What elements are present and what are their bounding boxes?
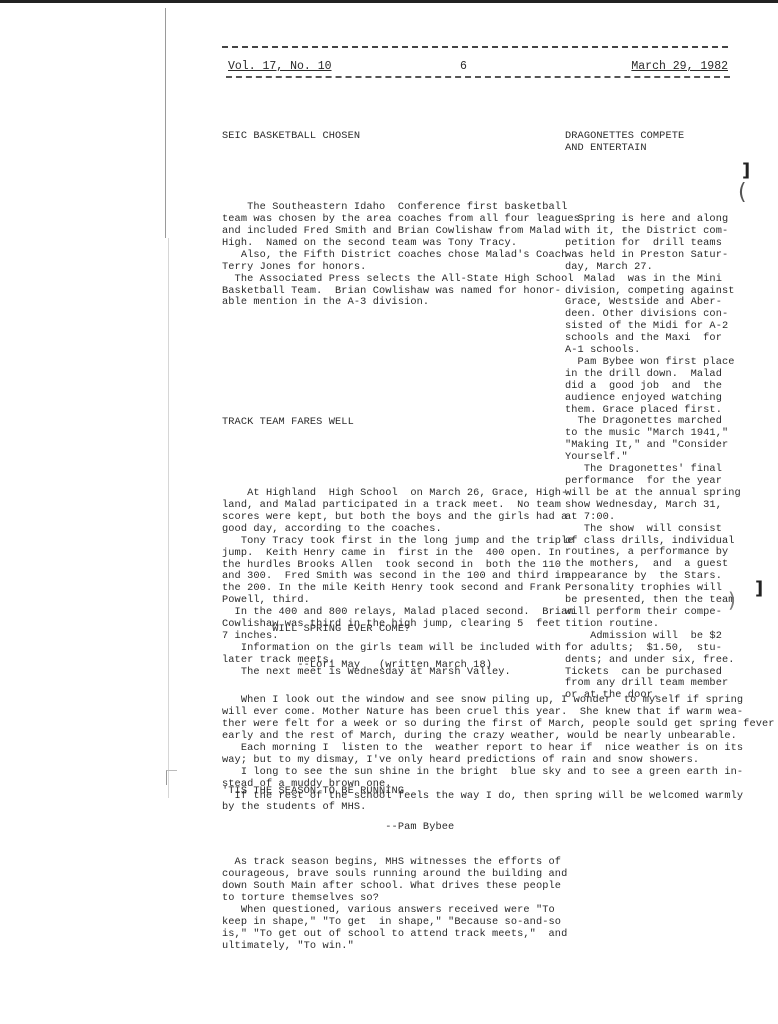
margin-paren-mark: ) [728, 588, 736, 612]
margin-paren-mark: ( [738, 180, 747, 205]
text-line: DRAGONETTES COMPETE [565, 131, 741, 143]
text-line: by the students of MHS. [222, 802, 775, 814]
article-headline: DRAGONETTES COMPETEAND ENTERTAIN [565, 131, 741, 155]
text-line: Malad was in the Mini [565, 274, 741, 286]
text-line: was held in Preston Satur- [565, 250, 741, 262]
article-headline: SEIC BASKETBALL CHOSEN [222, 131, 580, 143]
text-line: at 7:00. [565, 512, 741, 524]
article-body: When I look out the window and see snow … [222, 695, 775, 814]
left-column: SEIC BASKETBALL CHOSEN The Southeastern … [222, 83, 580, 988]
article-body: The Southeastern Idaho Conference first … [222, 202, 580, 309]
article-will-spring-come: WILL SPRING EVER COME? --Lori May (writt… [222, 600, 775, 826]
text-line: High. Named on the second team was Tony … [222, 238, 580, 250]
text-line: The show will consist [565, 524, 741, 536]
margin-bracket-mark: ] [755, 578, 763, 599]
text-line: I long to see the sun shine in the brigh… [222, 767, 775, 779]
page-header: Vol. 17, No. 10 6 March 29, 1982 [226, 60, 730, 78]
article-seic-basketball: SEIC BASKETBALL CHOSEN The Southeastern … [222, 107, 580, 333]
text-line: jump. Keith Henry came in first in the 4… [222, 548, 580, 560]
text-line: Terry Jones for honors. [222, 262, 580, 274]
text-line: audience enjoyed watching [565, 393, 741, 405]
text-line: petition for drill teams [565, 238, 741, 250]
text-line: good day, according to the coaches. [222, 524, 580, 536]
issue-date: March 29, 1982 [629, 60, 730, 73]
text-line: in the drill down. Malad [565, 369, 741, 381]
text-line: keep in shape," "To get in shape," "Beca… [222, 917, 580, 929]
margin-corner-mark [166, 770, 177, 785]
text-line: ultimately, "To win." [222, 941, 580, 953]
text-line: show Wednesday, March 31, [565, 500, 741, 512]
text-line: Tony Tracy took first in the long jump a… [222, 536, 580, 548]
scan-top-edge [0, 0, 778, 3]
text-line: day, March 27. [565, 262, 741, 274]
text-line: way; but to my dismay, I've only heard p… [222, 755, 775, 767]
article-headline: WILL SPRING EVER COME? [222, 624, 775, 636]
article-byline: --Lori May (written March 18) [222, 660, 775, 672]
binding-margin-line [165, 8, 166, 238]
text-line: Each morning I listen to the weather rep… [222, 743, 775, 755]
text-line: AND ENTERTAIN [565, 143, 741, 155]
text-line: able mention in the A-3 division. [222, 297, 580, 309]
binding-margin-line-faint [168, 238, 169, 798]
text-line: The Associated Press selects the All-Sta… [222, 274, 580, 286]
text-line: Also, the Fifth District coaches chose M… [222, 250, 580, 262]
top-dashed-rule [222, 46, 728, 48]
margin-bracket-mark: ] [742, 160, 750, 181]
volume-number: Vol. 17, No. 10 [226, 60, 334, 73]
article-headline: TRACK TEAM FARES WELL [222, 417, 580, 429]
text-line: is," "To get out of school to attend tra… [222, 929, 580, 941]
page-number: 6 [458, 60, 469, 73]
text-line: did a good job and the [565, 381, 741, 393]
text-line: stead of a muddy brown one. [222, 779, 775, 791]
article-body: As track season begins, MHS witnesses th… [222, 857, 580, 952]
